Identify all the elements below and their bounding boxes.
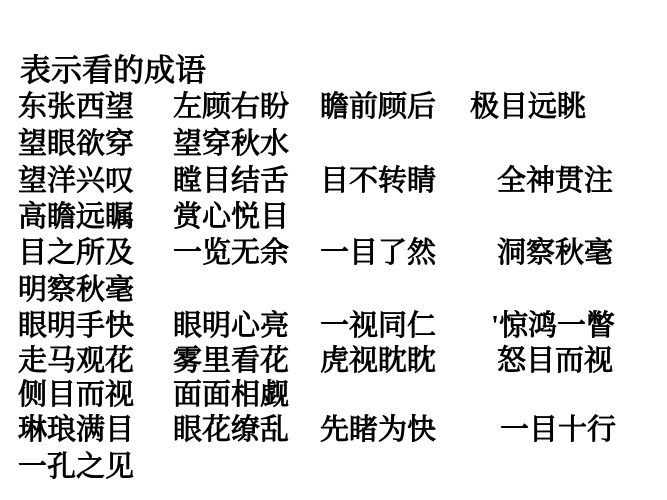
idiom-text: 瞻前顾后 xyxy=(320,92,436,124)
idiom-text: 一目十行 xyxy=(500,415,616,447)
idiom-row: 琳琅满目眼花缭乱先睹为快一目十行 xyxy=(0,415,667,452)
idiom-row: 东张西望左顾右盼瞻前顾后极目远眺 xyxy=(0,92,667,129)
idiom-text: 目之所及 xyxy=(18,238,134,270)
idiom-text: 面面相觑 xyxy=(173,380,289,412)
idiom-row: 侧目而视面面相觑 xyxy=(0,380,667,417)
idiom-text: 望穿秋水 xyxy=(173,129,289,161)
idiom-text: 东张西望 xyxy=(18,92,134,124)
idiom-row: 明察秋毫 xyxy=(0,275,667,312)
idiom-text: 虎视眈眈 xyxy=(320,346,436,378)
idiom-row: 望洋兴叹瞠目结舌目不转睛全神贯注 xyxy=(0,166,667,203)
idiom-text: 怒目而视 xyxy=(497,346,613,378)
idiom-text: 洞察秋毫 xyxy=(497,238,613,270)
idiom-text: 赏心悦目 xyxy=(173,202,289,234)
idiom-text: 一览无余 xyxy=(173,238,289,270)
idiom-text: '惊鸿一瞥 xyxy=(491,311,615,343)
idiom-text: 一目了然 xyxy=(320,238,436,270)
title-row: 表示看的成语 xyxy=(0,54,667,91)
idiom-row: 一孔之见 xyxy=(0,452,667,489)
idiom-text: 先睹为快 xyxy=(320,415,436,447)
idiom-text: 目不转睛 xyxy=(320,166,436,198)
idiom-text: 全神贯注 xyxy=(497,166,613,198)
page-title: 表示看的成语 xyxy=(20,54,206,88)
idiom-text: 雾里看花 xyxy=(173,346,289,378)
idiom-text: 明察秋毫 xyxy=(18,275,134,307)
idiom-text: 侧目而视 xyxy=(18,380,134,412)
idiom-text: 眼花缭乱 xyxy=(173,415,289,447)
idiom-row: 走马观花雾里看花虎视眈眈怒目而视 xyxy=(0,346,667,383)
idiom-text: 左顾右盼 xyxy=(173,92,289,124)
idiom-text: 极目远眺 xyxy=(470,92,586,124)
idiom-text: 眼明手快 xyxy=(18,311,134,343)
idiom-row: 目之所及一览无余一目了然洞察秋毫 xyxy=(0,238,667,275)
idiom-text: 眼明心亮 xyxy=(173,311,289,343)
idiom-text: 走马观花 xyxy=(18,346,134,378)
idiom-text: 望洋兴叹 xyxy=(18,166,134,198)
idiom-text: 高瞻远瞩 xyxy=(18,202,134,234)
idiom-row: 眼明手快眼明心亮一视同仁'惊鸿一瞥 xyxy=(0,311,667,348)
idiom-text: 琳琅满目 xyxy=(18,415,134,447)
idiom-text: 瞠目结舌 xyxy=(173,166,289,198)
slide-canvas: 表示看的成语东张西望左顾右盼瞻前顾后极目远眺望眼欲穿望穿秋水望洋兴叹瞠目结舌目不… xyxy=(0,0,667,500)
idiom-text: 一孔之见 xyxy=(18,452,134,484)
idiom-row: 高瞻远瞩赏心悦目 xyxy=(0,202,667,239)
idiom-row: 望眼欲穿望穿秋水 xyxy=(0,129,667,166)
idiom-text: 一视同仁 xyxy=(320,311,436,343)
idiom-text: 望眼欲穿 xyxy=(18,129,134,161)
